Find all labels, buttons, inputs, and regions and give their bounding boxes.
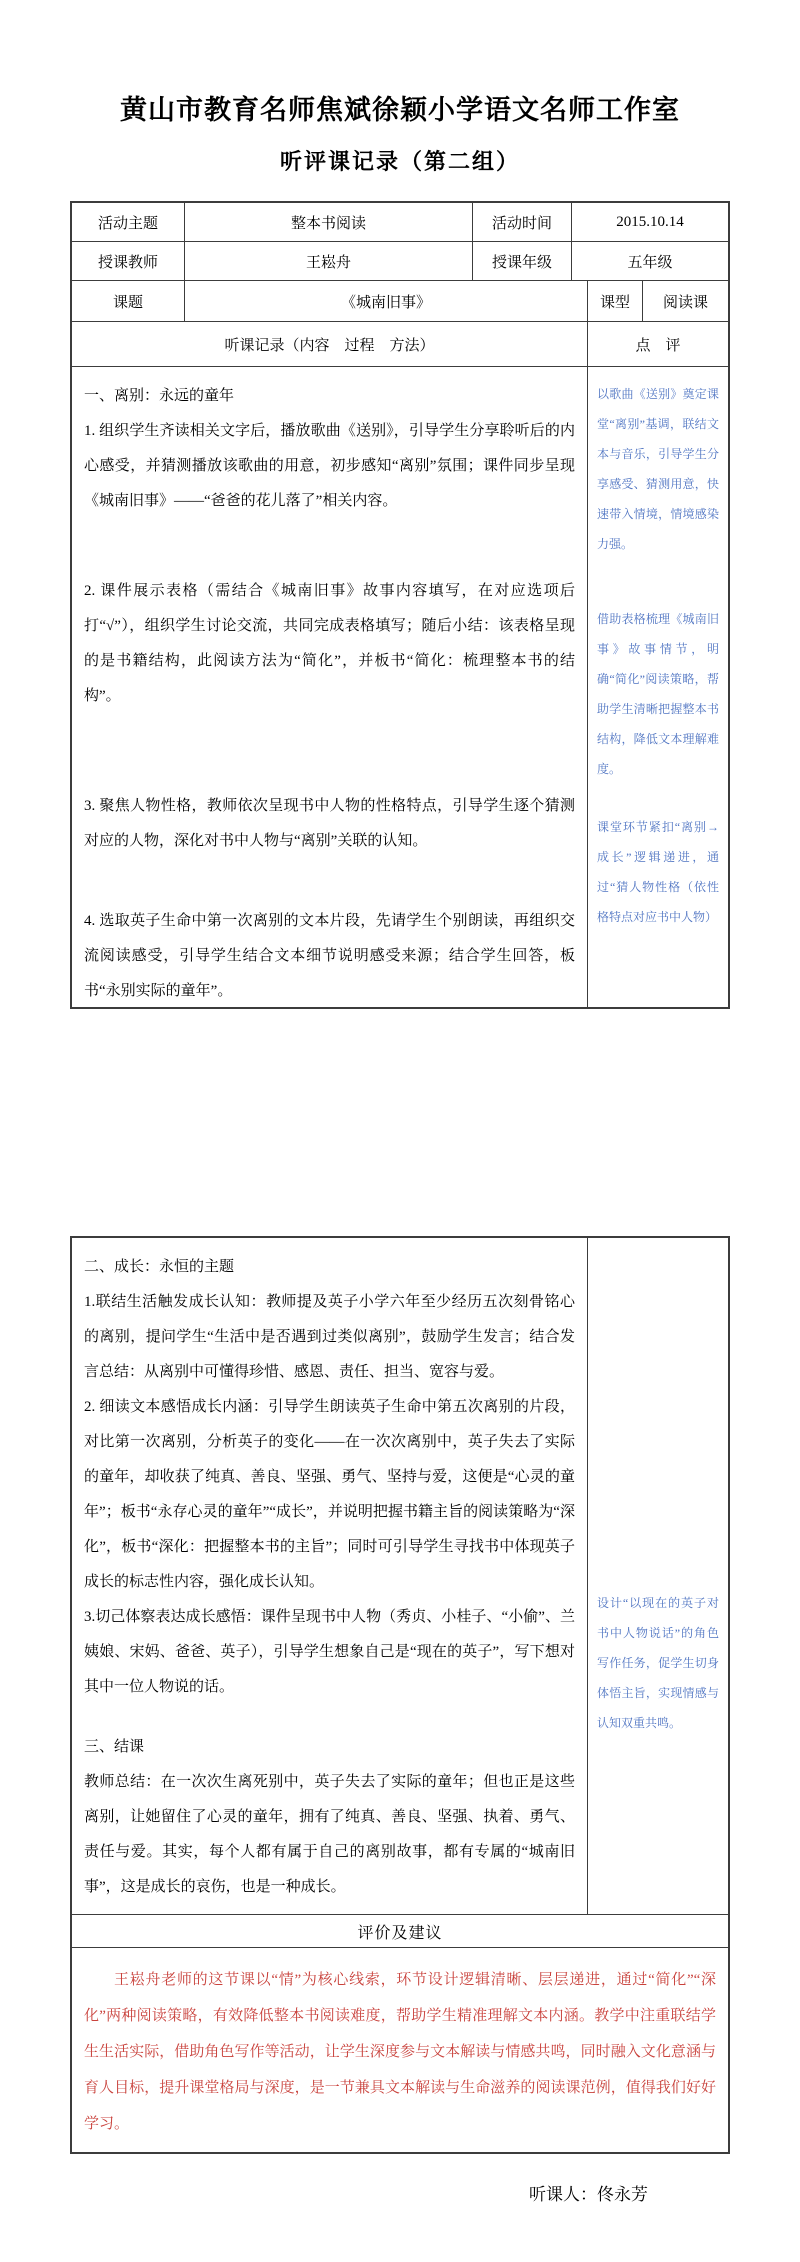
- grade-label: 授课年级: [473, 242, 572, 280]
- comment-column-2: 设计“以现在的英子对书中人物说话”的角色写作任务，促学生切身体悟主旨，实现情感与…: [588, 1238, 728, 1914]
- info-row-teacher: 授课教师 王崧舟 授课年级 五年级: [72, 242, 728, 281]
- evaluation-header: 评价及建议: [72, 1915, 728, 1947]
- comment-column-1: 以歌曲《送别》奠定课堂“离别”基调，联结文本与音乐，引导学生分享感受、猜测用意，…: [588, 367, 728, 1007]
- teacher-value: 王崧舟: [185, 242, 473, 280]
- comment-note: 课堂环节紧扣“离别→成长”逻辑递进，通过“猜人物性格（依性格特点对应书中人物）: [597, 812, 719, 932]
- record-point: 1.联结生活触发成长认知：教师提及英子小学六年至少经历五次刻骨铭心的离别，提问学…: [84, 1285, 575, 1390]
- lesson-title-value: 《城南旧事》: [185, 281, 588, 321]
- record-table-page1: 活动主题 整本书阅读 活动时间 2015.10.14 授课教师 王崧舟 授课年级…: [70, 201, 730, 1009]
- lesson-type-label: 课型: [588, 281, 643, 321]
- observer-signature: 听课人：佟永芳: [0, 2180, 800, 2205]
- record-point: 2. 课件展示表格（需结合《城南旧事》故事内容填写，在对应选项后打“√”），组织…: [84, 574, 575, 714]
- record-point: 3. 聚焦人物性格，教师依次呈现书中人物的性格特点，引导学生逐个猜测对应的人物，…: [84, 789, 575, 859]
- evaluation-header-row: 评价及建议: [72, 1915, 728, 1948]
- activity-theme-label: 活动主题: [72, 203, 185, 241]
- comment-note: 设计“以现在的英子对书中人物说话”的角色写作任务，促学生切身体悟主旨，实现情感与…: [597, 1588, 719, 1738]
- comment-note: 借助表格梳理《城南旧事》故事情节，明确“简化”阅读策略，帮助学生清晰把握整本书结…: [597, 604, 719, 784]
- document-page: 黄山市教育名师焦斌徐颖小学语文名师工作室 听评课记录（第二组） 活动主题 整本书…: [0, 0, 800, 2262]
- closing-title: 三、结课: [84, 1730, 575, 1765]
- teacher-label: 授课教师: [72, 242, 185, 280]
- comment-header: 点 评: [588, 322, 728, 366]
- info-row-lesson: 课题 《城南旧事》 课型 阅读课: [72, 281, 728, 322]
- record-point: 2. 细读文本感悟成长内涵：引导学生朗读英子生命中第五次离别的片段，对比第一次离…: [84, 1390, 575, 1600]
- comment-note: 以歌曲《送别》奠定课堂“离别”基调，联结文本与音乐，引导学生分享感受、猜测用意，…: [597, 379, 719, 559]
- page-subtitle: 听评课记录（第二组）: [0, 145, 800, 176]
- record-point: 1. 组织学生齐读相关文字后，播放歌曲《送别》，引导学生分享聆听后的内心感受，并…: [84, 414, 575, 519]
- record-point: 3.切己体察表达成长感悟：课件呈现书中人物（秀贞、小桂子、“小偷”、兰姨娘、宋妈…: [84, 1600, 575, 1705]
- evaluation-text: 王崧舟老师的这节课以“情”为核心线索，环节设计逻辑清晰、层层递进，通过“简化”“…: [72, 1948, 728, 2152]
- info-row-activity: 活动主题 整本书阅读 活动时间 2015.10.14: [72, 203, 728, 242]
- section-title-2: 二、成长：永恒的主题: [84, 1250, 575, 1285]
- closing-text: 教师总结：在一次次生离死别中，英子失去了实际的童年；但也正是这些离别，让她留住了…: [84, 1765, 575, 1905]
- record-header: 听课记录（内容 过程 方法）: [72, 322, 588, 366]
- record-point: 4. 选取英子生命中第一次离别的文本片段，先请学生个别朗读，再组织交流阅读感受，…: [84, 904, 575, 1009]
- activity-time-value: 2015.10.14: [572, 203, 728, 241]
- record-header-row: 听课记录（内容 过程 方法） 点 评: [72, 322, 728, 367]
- activity-time-label: 活动时间: [473, 203, 572, 241]
- activity-theme-value: 整本书阅读: [185, 203, 473, 241]
- grade-value: 五年级: [572, 242, 728, 280]
- record-notes-1: 一、离别：永远的童年 1. 组织学生齐读相关文字后，播放歌曲《送别》，引导学生分…: [72, 367, 588, 1007]
- section-title-1: 一、离别：永远的童年: [84, 379, 575, 414]
- lesson-type-value: 阅读课: [643, 281, 728, 321]
- record-content-row-2: 二、成长：永恒的主题 1.联结生活触发成长认知：教师提及英子小学六年至少经历五次…: [72, 1238, 728, 1915]
- page-title: 黄山市教育名师焦斌徐颖小学语文名师工作室: [0, 0, 800, 127]
- evaluation-text-row: 王崧舟老师的这节课以“情”为核心线索，环节设计逻辑清晰、层层递进，通过“简化”“…: [72, 1948, 728, 2152]
- record-table-page2: 二、成长：永恒的主题 1.联结生活触发成长认知：教师提及英子小学六年至少经历五次…: [70, 1236, 730, 2154]
- record-content-row-1: 一、离别：永远的童年 1. 组织学生齐读相关文字后，播放歌曲《送别》，引导学生分…: [72, 367, 728, 1007]
- record-notes-2: 二、成长：永恒的主题 1.联结生活触发成长认知：教师提及英子小学六年至少经历五次…: [72, 1238, 588, 1914]
- lesson-title-label: 课题: [72, 281, 185, 321]
